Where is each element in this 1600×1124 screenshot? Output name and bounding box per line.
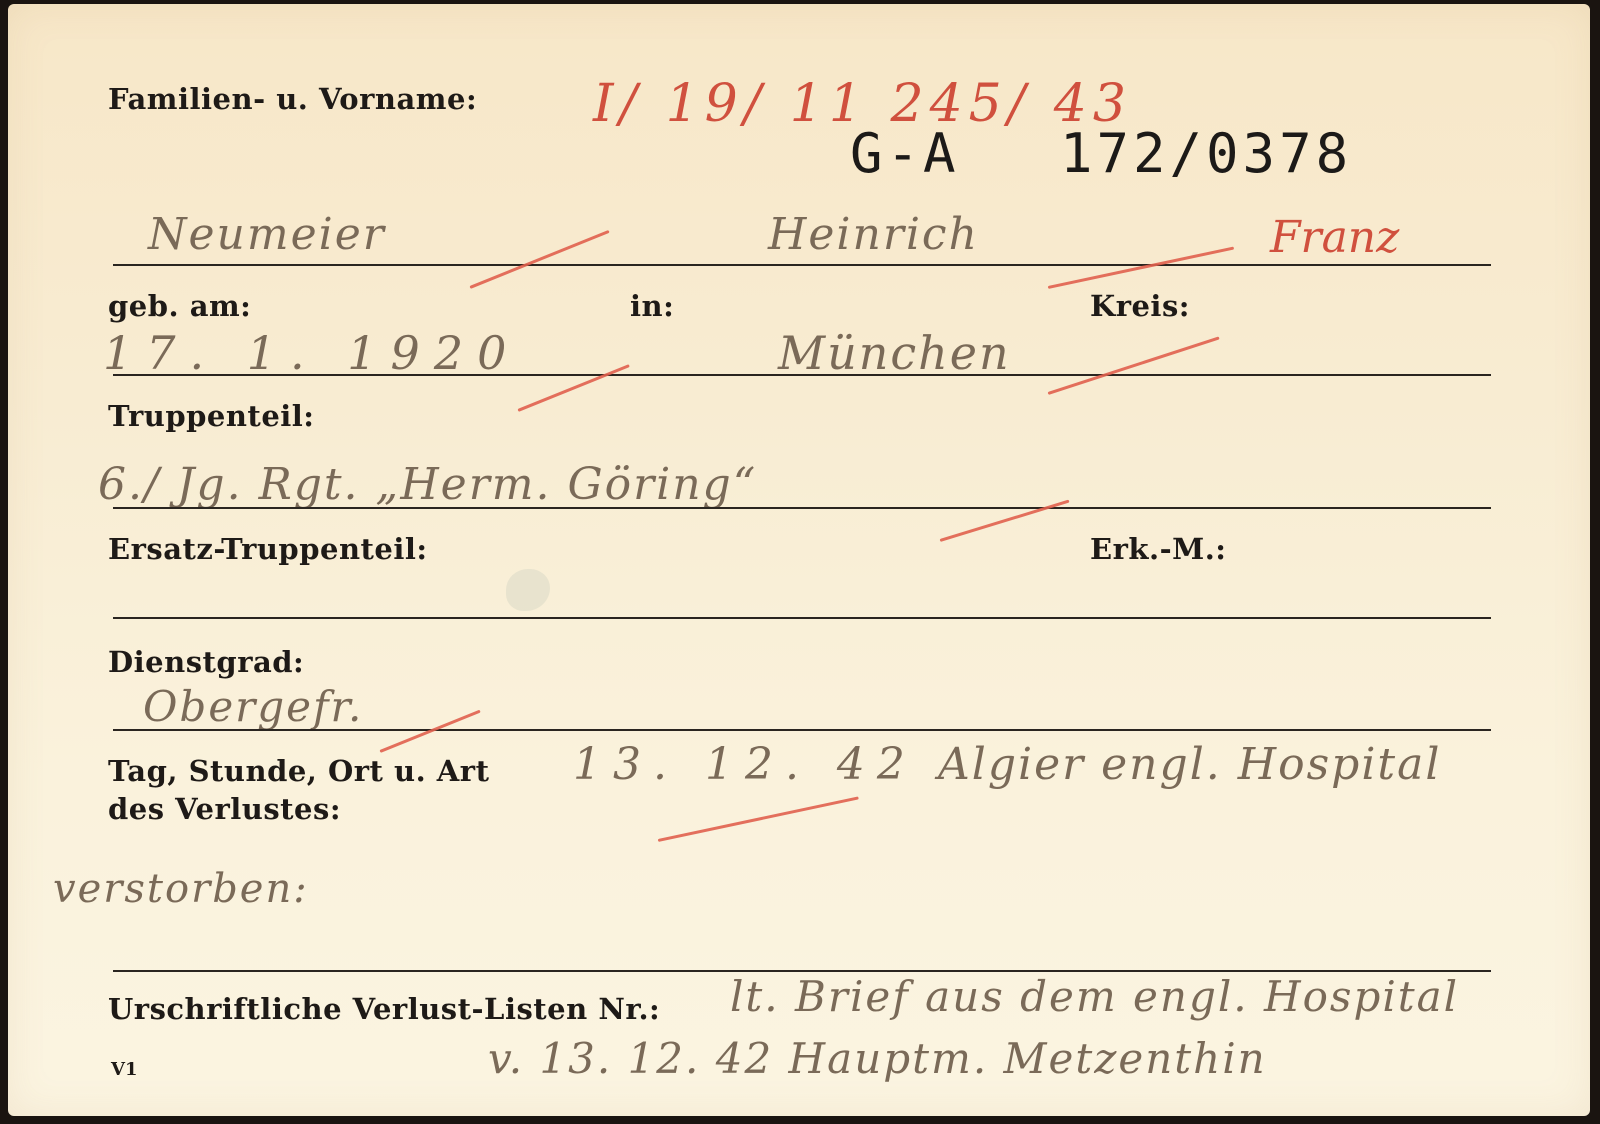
label-loss-lists: Urschriftliche Verlust-Listen Nr.: (108, 994, 660, 1026)
red-check-mark (1048, 247, 1234, 289)
rule-name (113, 264, 1491, 266)
label-rank: Dienstgrad: (108, 647, 304, 679)
label-loss-line2: des Verlustes: (108, 794, 341, 826)
value-rank: Obergefr. (143, 682, 363, 731)
rule-birth (113, 374, 1491, 376)
value-given-name: Heinrich (768, 209, 979, 260)
rule-rank (113, 729, 1491, 731)
value-loss-lists-line2: v. 13. 12. 42 Hauptm. Metzenthin (488, 1034, 1267, 1083)
value-loss-type: verstorben: (53, 866, 309, 912)
red-check-mark (940, 500, 1070, 542)
value-born-on: 17. 1. 1920 (103, 326, 520, 380)
label-district: Kreis: (1090, 291, 1190, 323)
rule-replacement (113, 617, 1491, 619)
stamp-prefix: G-A (850, 122, 960, 185)
casualty-index-card: I/ 19/ 11 245/ 43 G-A 172/0378 Familien-… (8, 4, 1590, 1116)
stamp-number: 172/0378 (1060, 122, 1352, 185)
value-unit: 6./ Jg. Rgt. „Herm. Göring“ (98, 459, 757, 510)
rule-unit (113, 507, 1491, 509)
red-check-mark (517, 364, 629, 412)
label-replacement-unit: Ersatz-Truppenteil: (108, 534, 428, 566)
value-loss-lists-line1: lt. Brief aus dem engl. Hospital (730, 972, 1459, 1021)
label-loss-line1: Tag, Stunde, Ort u. Art (108, 756, 489, 788)
value-surname: Neumeier (148, 209, 386, 260)
label-unit: Truppenteil: (108, 401, 315, 433)
red-check-mark (658, 796, 859, 842)
value-given-name-red: Franz (1270, 212, 1399, 263)
paper-stain (506, 569, 550, 611)
red-check-mark (1048, 336, 1220, 394)
red-check-mark (469, 230, 609, 289)
red-check-mark (379, 710, 480, 753)
value-born-in: München (778, 326, 1011, 380)
form-code: V1 (111, 1059, 138, 1080)
label-born-on: geb. am: (108, 291, 251, 323)
label-identity-tag: Erk.-M.: (1090, 534, 1227, 566)
label-born-in: in: (630, 291, 674, 323)
value-loss-place: Algier engl. Hospital (938, 739, 1441, 790)
value-loss-date: 13. 12. 42 (573, 739, 917, 790)
label-name: Familien- u. Vorname: (108, 84, 477, 116)
